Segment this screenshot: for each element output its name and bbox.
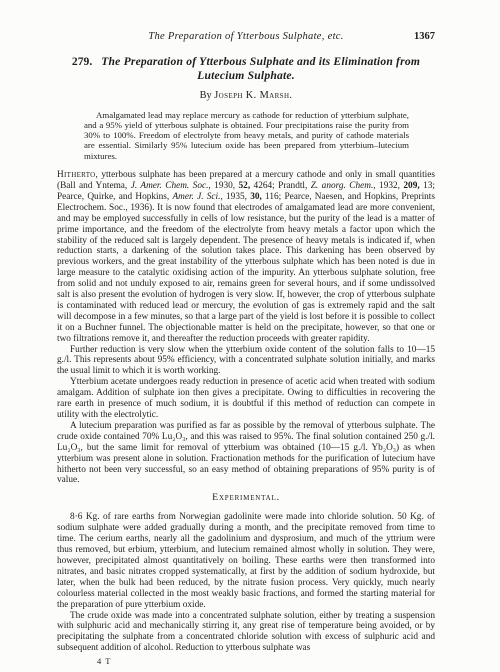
paragraph: 8·6 Kg. of rare earths from Norwegian ga… bbox=[57, 512, 435, 610]
page-number: 1367 bbox=[414, 30, 435, 43]
body-paragraphs: Hitherto, ytterbous sulphate has been pr… bbox=[57, 170, 435, 486]
paragraph: Hitherto, ytterbous sulphate has been pr… bbox=[57, 170, 435, 345]
experimental-paragraphs: 8·6 Kg. of rare earths from Norwegian ga… bbox=[57, 512, 435, 654]
section-heading-experimental: Experimental. bbox=[57, 492, 435, 503]
text-run: Further reduction is very slow when the … bbox=[57, 345, 435, 377]
paragraph: Ytterbium acetate undergoes ready reduct… bbox=[57, 377, 435, 421]
text-run: Amer. J. Sci., bbox=[172, 192, 222, 202]
text-run: Z. anorg. Chem., bbox=[311, 181, 376, 191]
running-head: The Preparation of Ytterbous Sulphate, e… bbox=[57, 30, 435, 44]
text-run: A lutecium preparation was purified as f… bbox=[57, 421, 435, 486]
paragraph: A lutecium preparation was purified as f… bbox=[57, 421, 435, 486]
text-run: 1932, bbox=[376, 181, 404, 191]
article-number: 279. bbox=[72, 55, 92, 68]
author-name: Joseph K. Marsh. bbox=[214, 90, 292, 101]
article-title: The Preparation of Ytterbous Sulphate an… bbox=[101, 55, 420, 82]
abstract: Amalgamated lead may replace mercury as … bbox=[84, 110, 409, 161]
text-run: 116; Pearce, Naesen, and Hopkins, Prepri… bbox=[57, 192, 435, 344]
byline-prefix: By bbox=[200, 90, 212, 101]
text-run: 1930, bbox=[211, 181, 239, 191]
text-run: The crude oxide was made into a concentr… bbox=[57, 611, 435, 654]
byline: By Joseph K. Marsh. bbox=[57, 90, 435, 102]
paragraph: The crude oxide was made into a concentr… bbox=[57, 611, 435, 655]
text-run: 1935, bbox=[223, 192, 250, 202]
text-run: Hitherto, bbox=[57, 170, 98, 180]
running-title: The Preparation of Ytterbous Sulphate, e… bbox=[57, 30, 435, 43]
text-run: 4264; Prandtl, bbox=[250, 181, 311, 191]
text-run: 8·6 Kg. of rare earths from Norwegian ga… bbox=[57, 512, 435, 609]
text-run: 30, bbox=[250, 192, 262, 202]
paragraph: Further reduction is very slow when the … bbox=[57, 345, 435, 378]
article-title-block: 279.The Preparation of Ytterbous Sulphat… bbox=[57, 55, 435, 83]
text-run: Ytterbium acetate undergoes ready reduct… bbox=[57, 377, 435, 420]
text-run: J. Amer. Chem. Soc., bbox=[131, 181, 211, 191]
signature-mark: 4 T bbox=[97, 656, 435, 666]
journal-page: The Preparation of Ytterbous Sulphate, e… bbox=[0, 0, 500, 672]
text-run: 209, bbox=[403, 181, 419, 191]
text-run: 52, bbox=[239, 181, 251, 191]
